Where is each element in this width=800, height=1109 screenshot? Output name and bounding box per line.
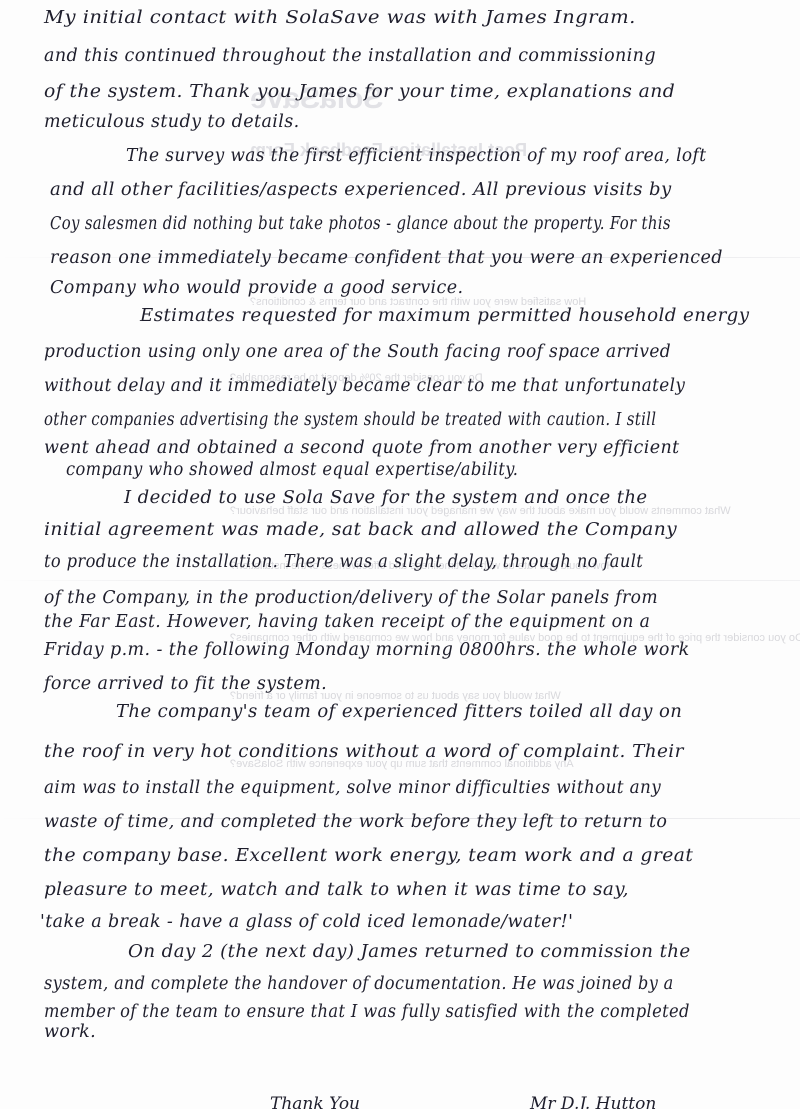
letter-line: aim was to install the equipment, solve … [44, 778, 661, 798]
letter-line: production using only one area of the So… [44, 342, 671, 362]
letter-line: On day 2 (the next day) James returned t… [128, 942, 691, 962]
signature: Mr D.J. Hutton [530, 1094, 656, 1109]
letter-line: 'take a break - have a glass of cold ice… [40, 912, 573, 932]
letter-line: went ahead and obtained a second quote f… [44, 438, 680, 458]
letter-line: the Far East. However, having taken rece… [44, 612, 650, 632]
scanned-letter-page: SolaSave Post Installation Feedback Form… [0, 0, 800, 1109]
letter-line: the roof in very hot conditions without … [44, 742, 684, 762]
letter-line: without delay and it immediately became … [44, 376, 685, 396]
letter-line: initial agreement was made, sat back and… [44, 520, 677, 540]
letter-line: to produce the installation. There was a… [44, 552, 643, 572]
letter-line: system, and complete the handover of doc… [44, 974, 674, 994]
letter-line: other companies advertising the system s… [44, 410, 656, 430]
letter-line: and this continued throughout the instal… [44, 46, 656, 66]
letter-line: My initial contact with SolaSave was wit… [44, 8, 636, 28]
letter-line: of the Company, in the production/delive… [44, 588, 658, 608]
letter-line: Coy salesmen did nothing but take photos… [50, 214, 671, 234]
letter-line: Estimates requested for maximum permitte… [140, 306, 749, 326]
letter-line: pleasure to meet, watch and talk to when… [44, 880, 629, 900]
letter-line: The survey was the first efficient inspe… [126, 146, 706, 166]
letter-line: and all other facilities/aspects experie… [50, 180, 672, 200]
closing-salutation: Thank You [270, 1094, 360, 1109]
letter-line: Company who would provide a good service… [50, 278, 463, 298]
letter-line: I decided to use Sola Save for the syste… [124, 488, 647, 508]
letter-line: waste of time, and completed the work be… [44, 812, 667, 832]
paper-fold-line [0, 580, 800, 581]
letter-line: the company base. Excellent work energy,… [44, 846, 693, 866]
letter-line: force arrived to fit the system. [44, 674, 327, 694]
letter-line: member of the team to ensure that I was … [44, 1002, 690, 1022]
letter-line: The company's team of experienced fitter… [116, 702, 682, 722]
letter-line: of the system. Thank you James for your … [44, 82, 675, 102]
letter-line: company who showed almost equal expertis… [66, 460, 518, 480]
letter-line: Friday p.m. - the following Monday morni… [44, 640, 690, 660]
letter-line: meticulous study to details. [44, 112, 300, 132]
letter-line: reason one immediately became confident … [50, 248, 723, 268]
letter-line: work. [44, 1022, 96, 1042]
